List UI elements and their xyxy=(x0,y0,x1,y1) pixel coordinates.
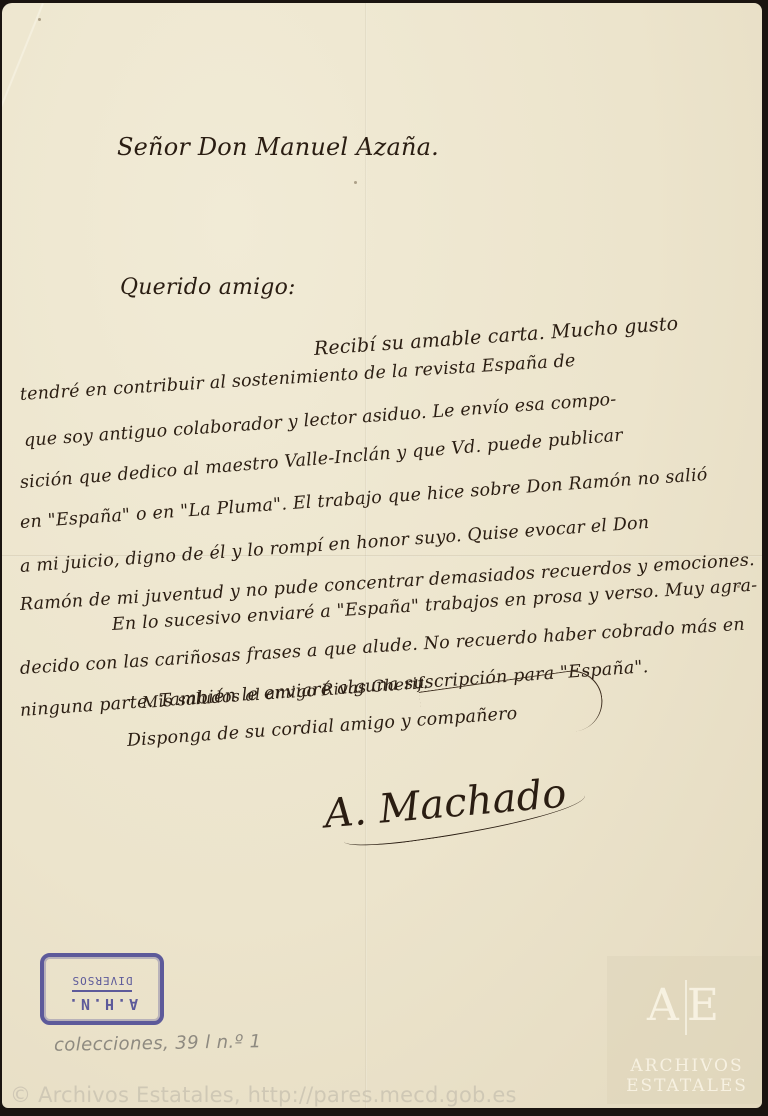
letter-postscript: Mis saludos al amigo Rivas Cherif. xyxy=(141,673,428,712)
paper-crease xyxy=(2,3,44,124)
logo-text-line1: ARCHIVOS xyxy=(607,1056,762,1076)
document-viewer: Señor Don Manuel Azaña. Querido amigo: R… xyxy=(0,0,768,1116)
logo-text-line2: ESTATALES xyxy=(607,1076,762,1096)
letter-salutation: Señor Don Manuel Azaña. xyxy=(117,133,439,161)
stamp-divider xyxy=(72,990,132,992)
letter-body-line: tendré en contribuir al sostenimiento de… xyxy=(19,351,576,405)
letter-greeting: Querido amigo: xyxy=(120,275,296,300)
archive-reference-note: colecciones, 39 l n.º 1 xyxy=(54,1031,262,1056)
archivos-estatales-logo: AE ARCHIVOS ESTATALES xyxy=(607,956,762,1104)
paper-spot xyxy=(38,18,41,21)
letter-paper: Señor Don Manuel Azaña. Querido amigo: R… xyxy=(2,3,762,1108)
archive-stamp: A.H.N. DIVERSOS xyxy=(40,953,164,1025)
logo-separator xyxy=(685,980,687,1035)
letter-body-line: Recibí su amable carta. Mucho gusto xyxy=(313,313,679,360)
copyright-watermark: © Archivos Estatales, http://pares.mecd.… xyxy=(10,1083,517,1107)
stamp-sublabel: DIVERSOS xyxy=(44,974,160,987)
stamp-label: A.H.N. xyxy=(44,995,160,1013)
paper-spot xyxy=(354,181,357,184)
